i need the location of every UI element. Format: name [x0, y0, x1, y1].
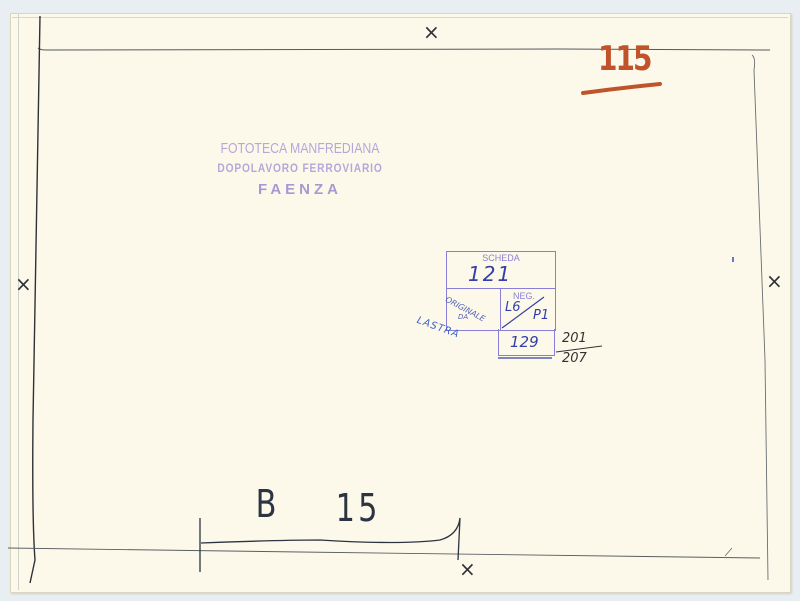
crop-mark-left-icon: × [15, 272, 32, 296]
archive-number: 115 [598, 39, 650, 79]
neg-left-code: L6 [505, 300, 521, 315]
archive-stamp-org: DOPOLAVORO FERROVIARIO [215, 161, 385, 175]
neg-number: 129 [510, 333, 539, 351]
crop-mark-right-icon: × [766, 269, 783, 293]
archive-stamp-name: FOTOTECA MANFREDIANA [218, 140, 382, 157]
fraction-bottom: 207 [562, 351, 587, 366]
scheda-divider [447, 288, 555, 289]
scheda-number: 121 [468, 262, 512, 286]
shelf-number: 15 [336, 486, 381, 530]
pencil-crop-lines [0, 0, 800, 601]
fraction-top: 201 [562, 331, 587, 346]
archive-stamp-city: FAENZA [200, 181, 400, 198]
shelf-letter: B [256, 482, 277, 526]
crop-mark-bottom-icon: × [459, 557, 476, 581]
scheda-divider [500, 288, 501, 330]
da-label: DA [458, 313, 468, 321]
neg-right-code: P1 [533, 308, 549, 323]
archive-stamp: FOTOTECA MANFREDIANA DOPOLAVORO FERROVIA… [200, 140, 400, 198]
crop-mark-top-icon: × [423, 20, 440, 44]
